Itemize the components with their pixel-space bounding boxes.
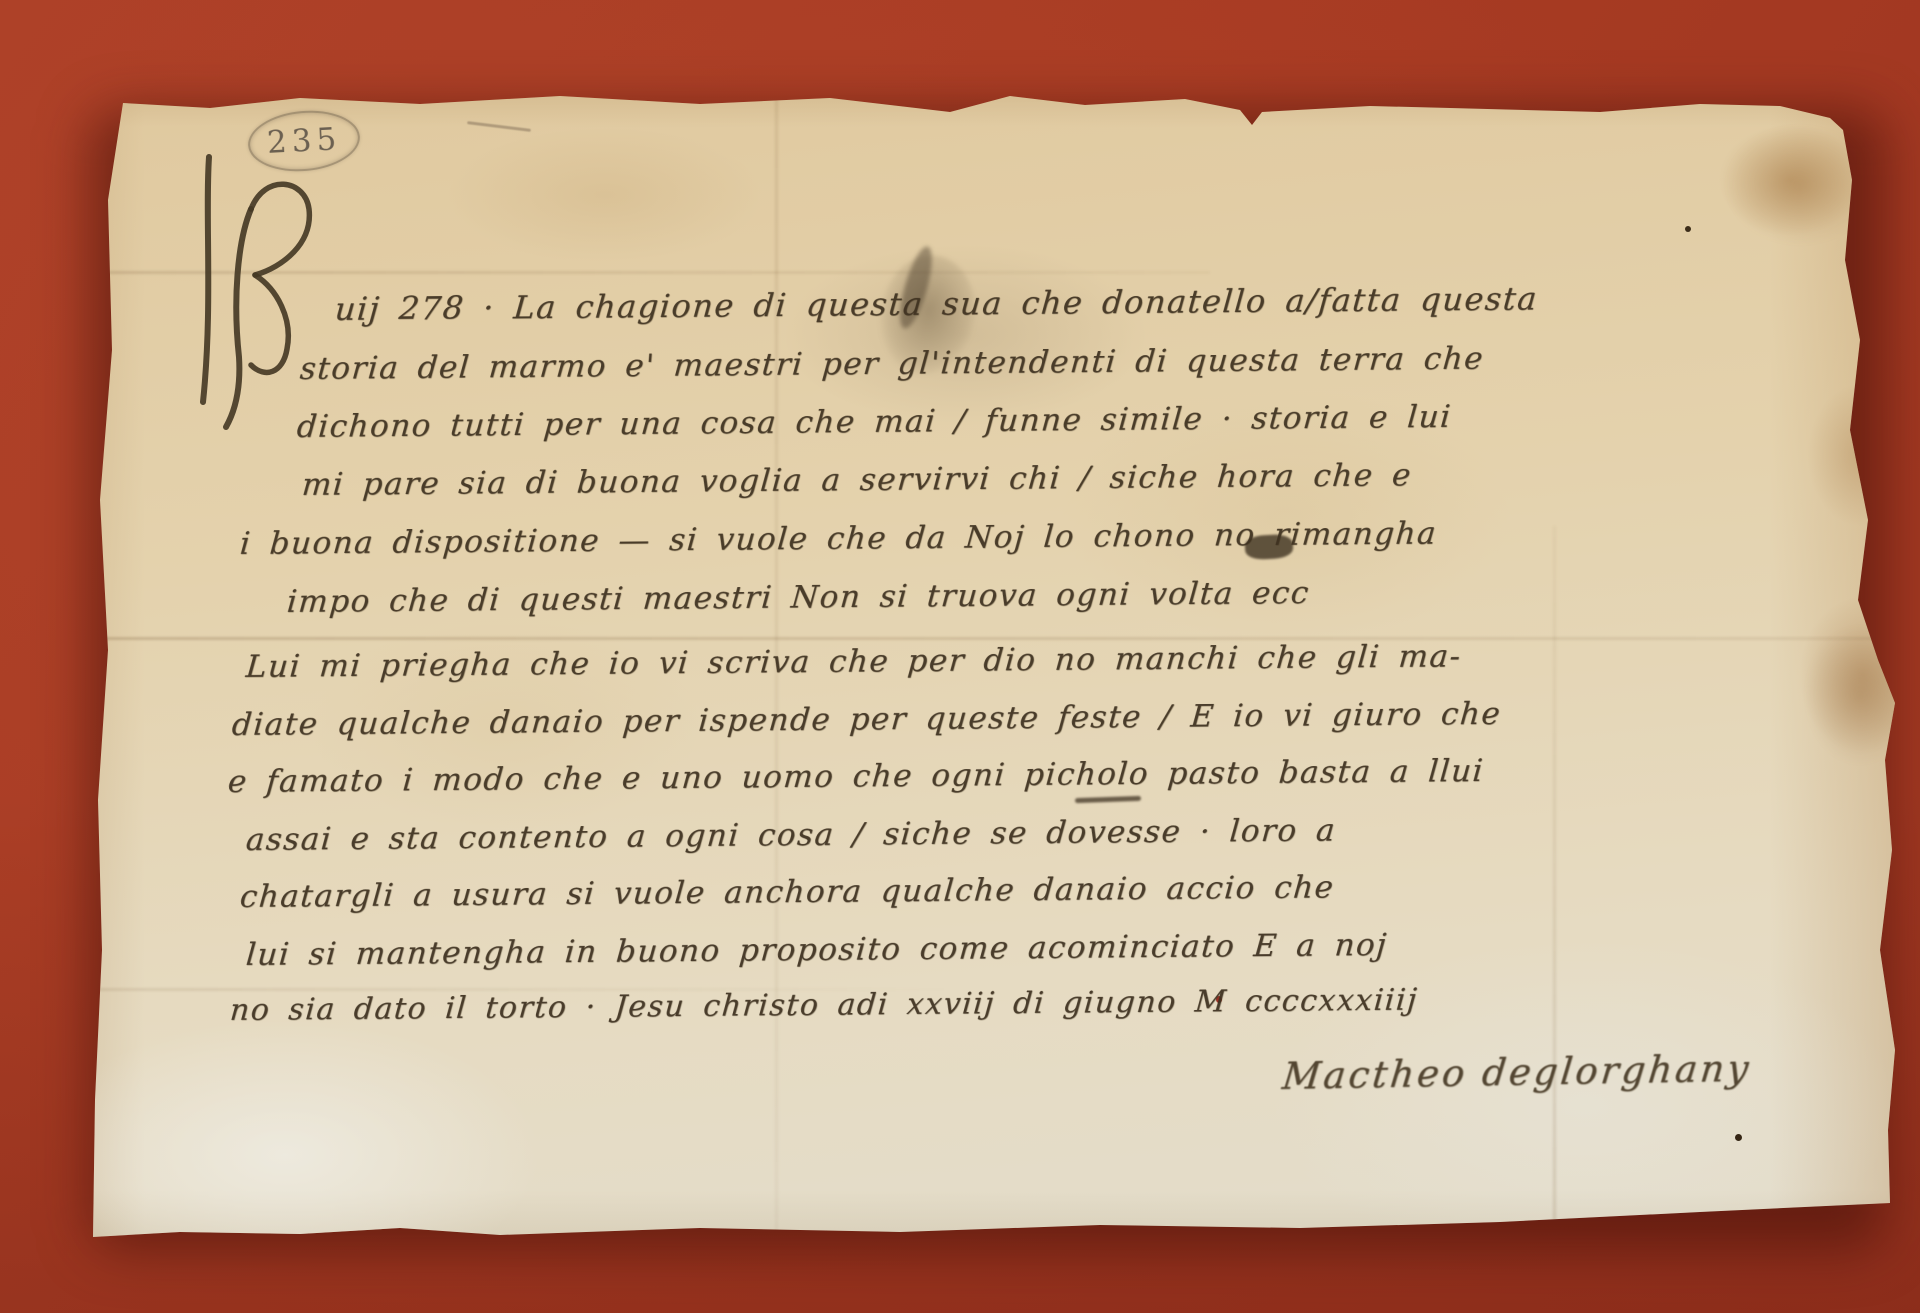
manuscript-line: Lui mi priegha che io vi scriva che per … [245,638,1463,685]
photo-background: { "photo": { "background_color": "#a83b2… [0,0,1920,1313]
manuscript-line: no sia dato il torto · Jesu christo adi … [229,983,1420,1028]
manuscript-line: assai e sta contento a ogni cosa / siche… [245,812,1338,858]
manuscript-line: e famato i modo che e uno uomo che ogni … [227,753,1486,800]
manuscript-line: dichono tutti per una cosa che mai / fun… [296,399,1454,445]
manuscript-line: impo che di questi maestri Non si truova… [286,575,1312,620]
manuscript-line: uij 278 · La chagione di questa sua che … [334,280,1540,328]
ink-strike-line [1075,796,1141,803]
paper-speck [1735,1134,1742,1141]
fold-crease [85,637,1900,640]
signature: Mactheo deglorghany [1280,1047,1753,1098]
manuscript-line: lui si mantengha in buono proposito come… [245,927,1389,973]
manuscript-line: diate qualche danaio per ispende per que… [231,696,1503,743]
initial-r-flourish-icon [193,147,343,451]
manuscript-line: chatargli a usura si vuole anchora qualc… [239,869,1336,915]
manuscript-paper: 235 uij 278 · La chagione di questa sua … [85,85,1900,1245]
graphite-mark [467,121,531,132]
manuscript-line: mi pare sia di buona voglia a servirvi c… [301,457,1414,503]
foxing-stain [1805,625,1915,765]
manuscript-line: storia del marmo e' maestri per gl'inten… [299,341,1486,387]
paper-speck [1685,226,1691,232]
fold-crease [1553,526,1556,1245]
